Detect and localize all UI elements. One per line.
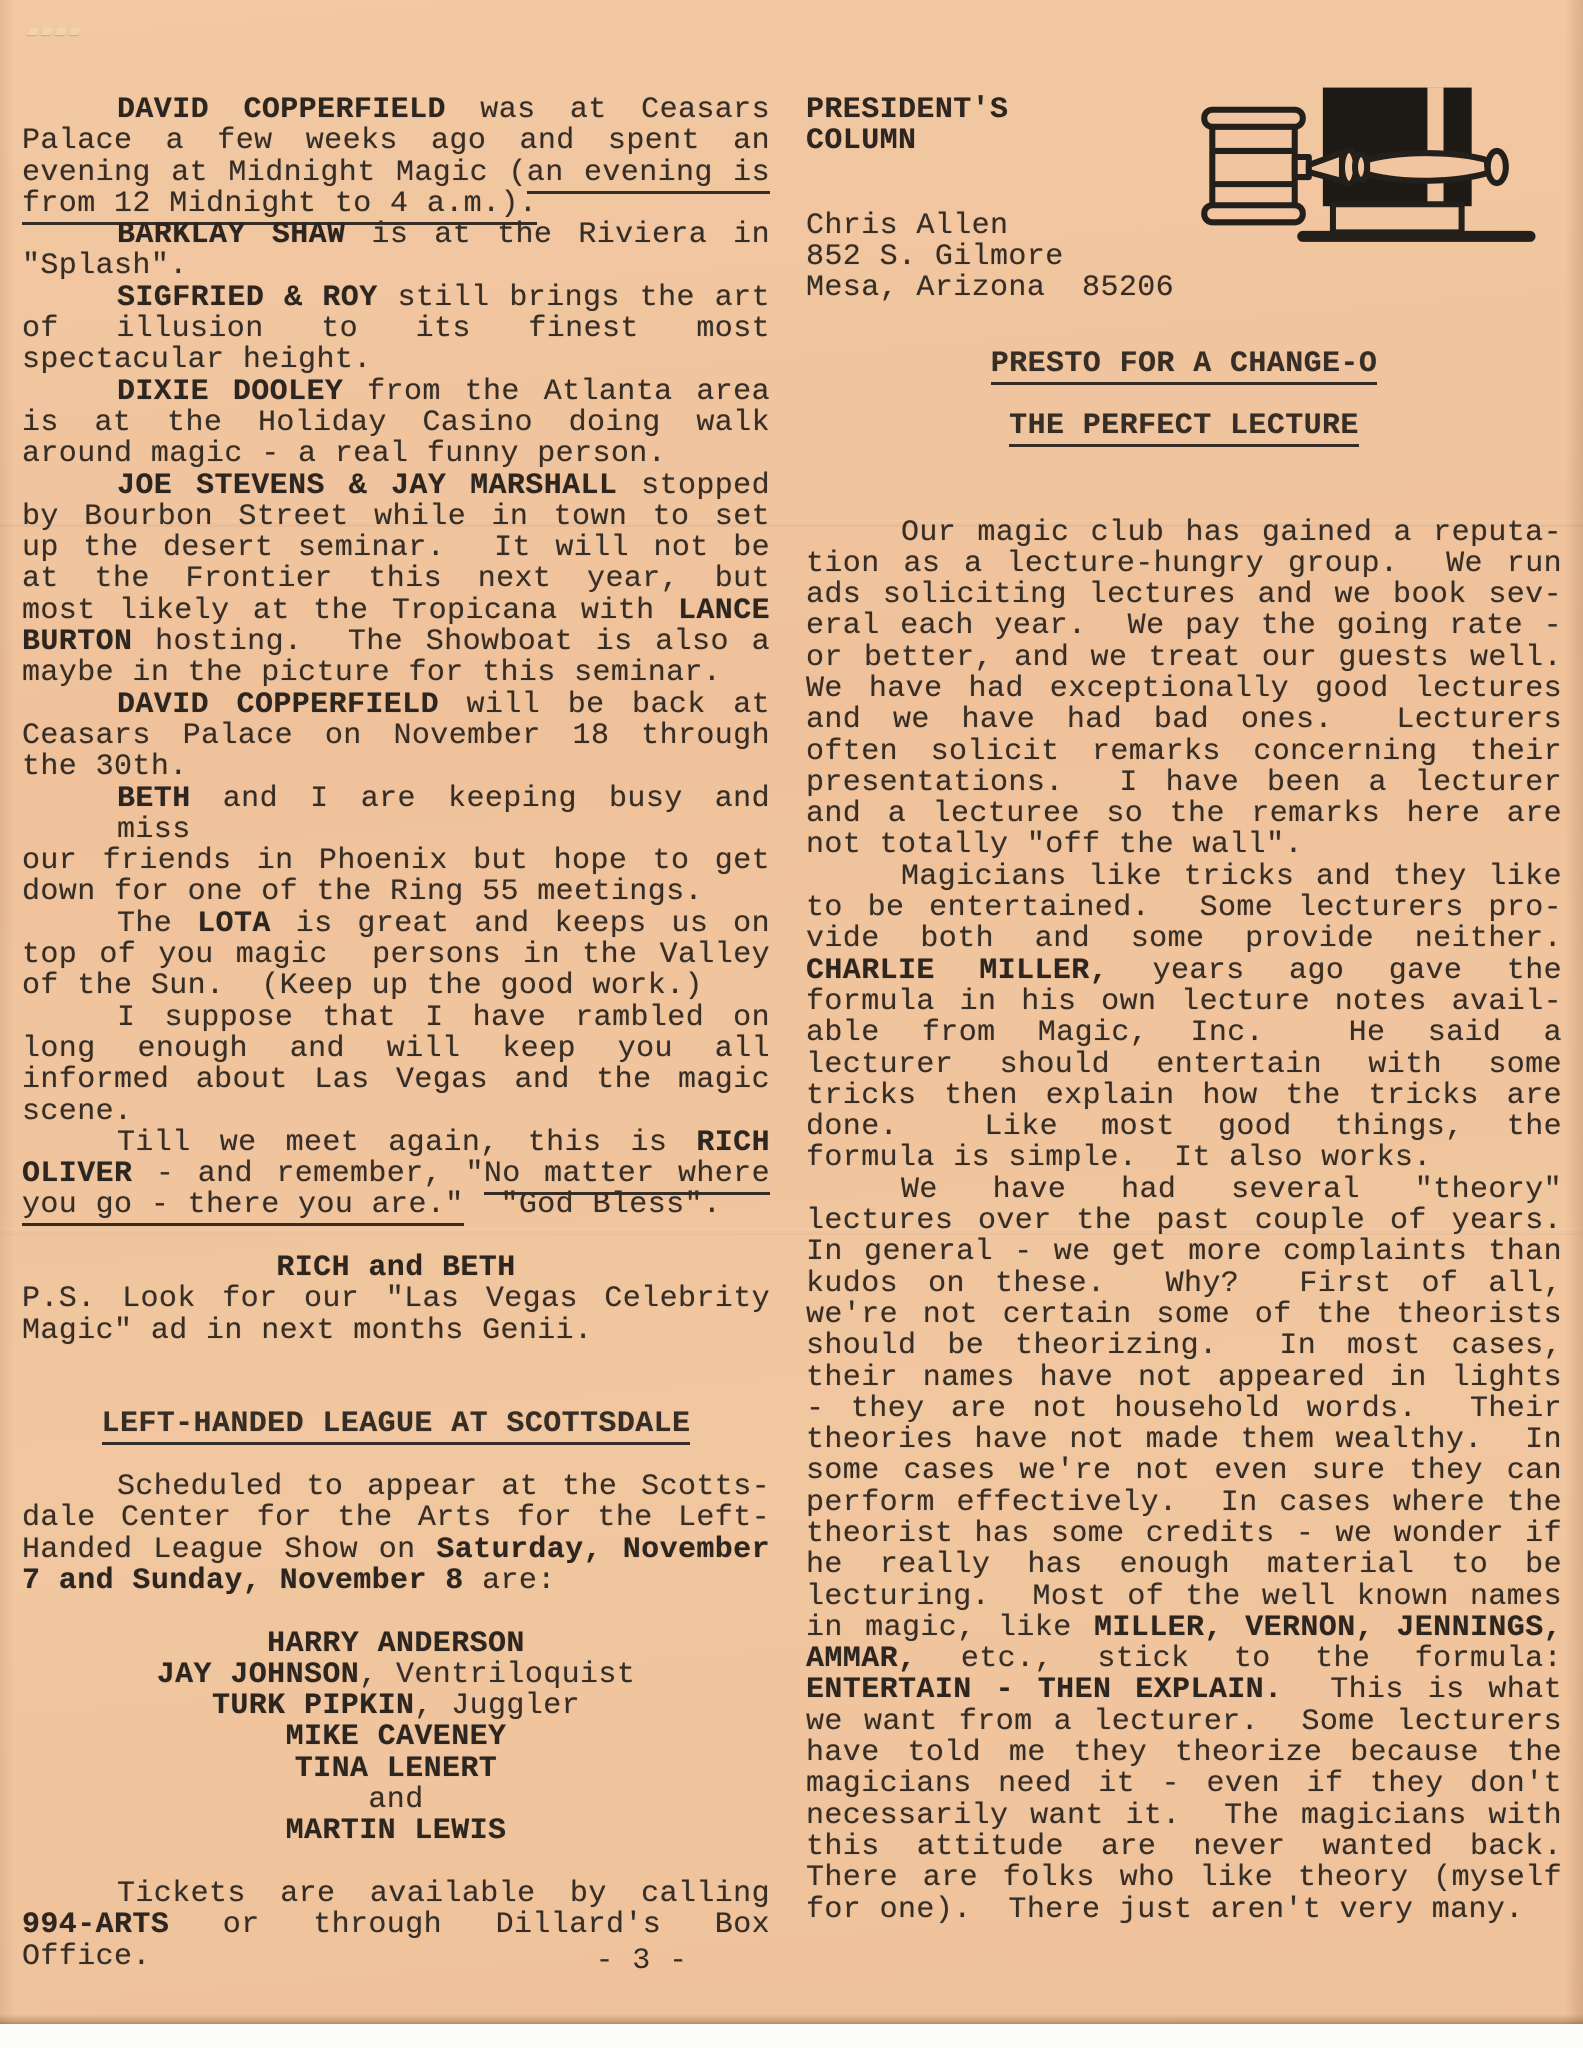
text-line: is at the Holiday Casino doing walk: [22, 408, 770, 439]
text-line: ENTERTAIN - THEN EXPLAIN. This is what: [806, 1675, 1562, 1706]
text-line: formula in his own lecture notes avail-: [806, 987, 1562, 1018]
text-line: ads soliciting lectures and we book sev-: [806, 580, 1562, 611]
text-line: and a lecturee so the remarks here are: [806, 799, 1562, 830]
text-line: P.S. Look for our "Las Vegas Celebrity: [22, 1284, 770, 1315]
text-line: our friends in Phoenix but hope to get: [22, 846, 770, 877]
text-line: perform effectively. In cases where the: [806, 1488, 1562, 1519]
text-line: for one). There just aren't very many.: [806, 1895, 1562, 1926]
page-number-text: - 3 -: [595, 1944, 687, 1978]
news-dixie-dooley: DIXIE DOOLEY from the Atlanta areais at …: [22, 377, 770, 471]
text-line: tion as a lecture-hungry group. We run: [806, 549, 1562, 580]
text-line: I suppose that I have rambled on: [22, 1003, 770, 1034]
performer-list: HARRY ANDERSONJAY JOHNSON, Ventriloquist…: [22, 1629, 770, 1848]
article-paragraph-3: We have had several "theory"lectures ove…: [806, 1175, 1562, 1926]
text-line: THE PERFECT LECTURE: [806, 411, 1562, 442]
right-column-text: PRESIDENT'SCOLUMNChris Allen852 S. Gilmo…: [806, 95, 1562, 1926]
text-line: formula is simple. It also works.: [806, 1143, 1562, 1174]
text-line: BETH and I are keeping busy and miss: [22, 784, 770, 847]
text-line: We have had several "theory": [806, 1175, 1562, 1206]
paper-right-edge: [1565, 0, 1583, 2024]
text-line: The LOTA is great and keeps us on: [22, 909, 770, 940]
text-line: informed about Las Vegas and the magic: [22, 1065, 770, 1096]
news-barklay-shaw: BARKLAY SHAW is at the Riviera in"Splash…: [22, 220, 770, 283]
text-line: we want from a lecturer. Some lecturers: [806, 1707, 1562, 1738]
text-line: and we have had bad ones. Lecturers: [806, 705, 1562, 736]
text-line: evening at Midnight Magic (an evening is: [22, 158, 770, 189]
text-line: theorist has some credits - we wonder if: [806, 1519, 1562, 1550]
text-line: Scheduled to appear at the Scotts-: [22, 1472, 770, 1503]
text-line: "Splash".: [22, 251, 770, 282]
text-line: down for one of the Ring 55 meetings.: [22, 877, 770, 908]
news-signoff: Till we meet again, this is RICHOLIVER -…: [22, 1128, 770, 1222]
text-line: lectures over the past couple of years.: [806, 1206, 1562, 1237]
newsletter-page: DAVID COPPERFIELD was at CeasarsPalace a…: [0, 0, 1583, 2048]
text-line: dale Center for the Arts for the Left-: [22, 1503, 770, 1534]
text-line: Our magic club has gained a reputa-: [806, 518, 1562, 549]
text-line: DIXIE DOOLEY from the Atlanta area: [22, 377, 770, 408]
text-line: Ceasars Palace on November 18 through: [22, 721, 770, 752]
text-line: kudos on these. Why? First of all,: [806, 1269, 1562, 1300]
text-line: should be theorizing. In most cases,: [806, 1331, 1562, 1362]
text-line: OLIVER - and remember, "No matter where: [22, 1159, 770, 1190]
text-line: HARRY ANDERSON: [22, 1629, 770, 1660]
text-line: RICH and BETH: [22, 1253, 770, 1284]
text-line: he really has enough material to be: [806, 1550, 1562, 1581]
news-lota: The LOTA is great and keeps us ontop of …: [22, 909, 770, 1003]
news-david-copperfield: DAVID COPPERFIELD was at CeasarsPalace a…: [22, 95, 770, 220]
text-line: 852 S. Gilmore: [806, 242, 1562, 273]
news-desert-seminar: JOE STEVENS & JAY MARSHALL stoppedby Bou…: [22, 471, 770, 690]
paper-left-edge: [0, 0, 14, 2024]
text-line: There are folks who like theory (myself: [806, 1863, 1562, 1894]
text-line: we're not certain some of the theorists: [806, 1300, 1562, 1331]
text-line: maybe in the picture for this seminar.: [22, 658, 770, 689]
page-number: - 3 -: [0, 1944, 1433, 1978]
text-line: CHARLIE MILLER, years ago gave the: [806, 956, 1562, 987]
text-line: MIKE CAVENEY: [22, 1722, 770, 1753]
text-line: Magic" ad in next months Genii.: [22, 1316, 770, 1347]
scanner-background: [0, 2024, 1583, 2048]
text-line: SIGFRIED & ROY still brings the art: [22, 283, 770, 314]
text-line: of illusion to its finest most: [22, 314, 770, 345]
text-line: LEFT-HANDED LEAGUE AT SCOTTSDALE: [22, 1409, 770, 1440]
text-line: able from Magic, Inc. He said a: [806, 1018, 1562, 1049]
text-line: 7 and Sunday, November 8 are:: [22, 1566, 770, 1597]
text-line: some cases we're not even sure they can: [806, 1456, 1562, 1487]
text-line: this attitude are never wanted back.: [806, 1832, 1562, 1863]
text-line: JOE STEVENS & JAY MARSHALL stopped: [22, 471, 770, 502]
text-line: around magic - a real funny person.: [22, 439, 770, 470]
text-line: Chris Allen: [806, 211, 1562, 242]
news-beth: BETH and I are keeping busy and missour …: [22, 784, 770, 909]
text-line: of the Sun. (Keep up the good work.): [22, 971, 770, 1002]
article-paragraph-1: Our magic club has gained a reputa-tion …: [806, 518, 1562, 862]
text-line: Magicians like tricks and they like: [806, 862, 1562, 893]
staple-marks: [28, 22, 98, 38]
text-line: spectacular height.: [22, 345, 770, 376]
text-line: TINA LENERT: [22, 1754, 770, 1785]
news-copperfield-return: DAVID COPPERFIELD will be back atCeasars…: [22, 690, 770, 784]
text-line: to be entertained. Some lecturers pro-: [806, 893, 1562, 924]
text-line: or better, and we treat our guests well.: [806, 643, 1562, 674]
text-line: DAVID COPPERFIELD was at Ceasars: [22, 95, 770, 126]
article-paragraph-2: Magicians like tricks and they liketo be…: [806, 862, 1562, 1175]
signature: RICH and BETH: [22, 1253, 770, 1284]
news-rambled: I suppose that I have rambled onlong eno…: [22, 1003, 770, 1128]
text-line: - they are not household words. Their: [806, 1394, 1562, 1425]
text-line: not totally "off the wall".: [806, 830, 1562, 861]
text-line: We have had exceptionally good lectures: [806, 674, 1562, 705]
text-line: lecturer should entertain with some: [806, 1050, 1562, 1081]
text-line: often solicit remarks concerning their: [806, 737, 1562, 768]
text-line: top of you magic persons in the Valley: [22, 940, 770, 971]
text-line: their names have not appeared in lights: [806, 1363, 1562, 1394]
text-line: Palace a few weeks ago and spent an: [22, 126, 770, 157]
text-line: long enough and will keep you all: [22, 1034, 770, 1065]
text-line: lecturing. Most of the well known names: [806, 1582, 1562, 1613]
text-line: in magic, like MILLER, VERNON, JENNINGS,: [806, 1613, 1562, 1644]
text-line: done. Like most good things, the: [806, 1112, 1562, 1143]
text-line: JAY JOHNSON, Ventriloquist: [22, 1660, 770, 1691]
text-line: the 30th.: [22, 752, 770, 783]
text-line: magicians need it - even if they don't: [806, 1769, 1562, 1800]
text-line: at the Frontier this next year, but: [22, 564, 770, 595]
text-line: BARKLAY SHAW is at the Riviera in: [22, 220, 770, 251]
president-address: Chris Allen852 S. GilmoreMesa, Arizona 8…: [806, 211, 1562, 305]
text-line: In general - we get more complaints than: [806, 1237, 1562, 1268]
text-line: Till we meet again, this is RICH: [22, 1128, 770, 1159]
text-line: COLUMN: [806, 126, 1562, 157]
article-heading-presto: PRESTO FOR A CHANGE-O: [806, 349, 1562, 380]
postscript: P.S. Look for our "Las Vegas CelebrityMa…: [22, 1284, 770, 1347]
text-line: scene.: [22, 1097, 770, 1128]
text-line: up the desert seminar. It will not be: [22, 533, 770, 564]
text-line: necessarily want it. The magicians with: [806, 1801, 1562, 1832]
section-heading-left-handed-league: LEFT-HANDED LEAGUE AT SCOTTSDALE: [22, 1409, 770, 1440]
text-line: and: [22, 1785, 770, 1816]
text-line: PRESIDENT'S: [806, 95, 1562, 126]
article-heading-perfect-lecture: THE PERFECT LECTURE: [806, 411, 1562, 442]
league-schedule: Scheduled to appear at the Scotts-dale C…: [22, 1472, 770, 1597]
news-sigfried-roy: SIGFRIED & ROY still brings the artof il…: [22, 283, 770, 377]
text-line: Mesa, Arizona 85206: [806, 273, 1562, 304]
right-column: PRESIDENT'SCOLUMNChris Allen852 S. Gilmo…: [806, 95, 1562, 1926]
text-line: presentations. I have been a lecturer: [806, 768, 1562, 799]
text-line: PRESTO FOR A CHANGE-O: [806, 349, 1562, 380]
text-line: Tickets are available by calling: [22, 1879, 770, 1910]
text-line: TURK PIPKIN, Juggler: [22, 1691, 770, 1722]
text-line: BURTON hosting. The Showboat is also a: [22, 627, 770, 658]
text-line: DAVID COPPERFIELD will be back at: [22, 690, 770, 721]
text-line: Handed League Show on Saturday, November: [22, 1535, 770, 1566]
text-line: 994-ARTS or through Dillard's Box: [22, 1910, 770, 1941]
text-line: by Bourbon Street while in town to set: [22, 502, 770, 533]
text-line: vide both and some provide neither.: [806, 924, 1562, 955]
text-line: tricks then explain how the tricks are: [806, 1081, 1562, 1112]
text-line: eral each year. We pay the going rate -: [806, 611, 1562, 642]
text-line: most likely at the Tropicana with LANCE: [22, 596, 770, 627]
text-line: theories have not made them wealthy. In: [806, 1425, 1562, 1456]
text-line: AMMAR, etc., stick to the formula:: [806, 1644, 1562, 1675]
text-line: you go - there you are." "God Bless".: [22, 1190, 770, 1221]
text-line: have told me they theorize because the: [806, 1738, 1562, 1769]
text-line: MARTIN LEWIS: [22, 1816, 770, 1847]
left-column: DAVID COPPERFIELD was at CeasarsPalace a…: [22, 95, 770, 1973]
presidents-column-title: PRESIDENT'SCOLUMN: [806, 95, 1562, 158]
